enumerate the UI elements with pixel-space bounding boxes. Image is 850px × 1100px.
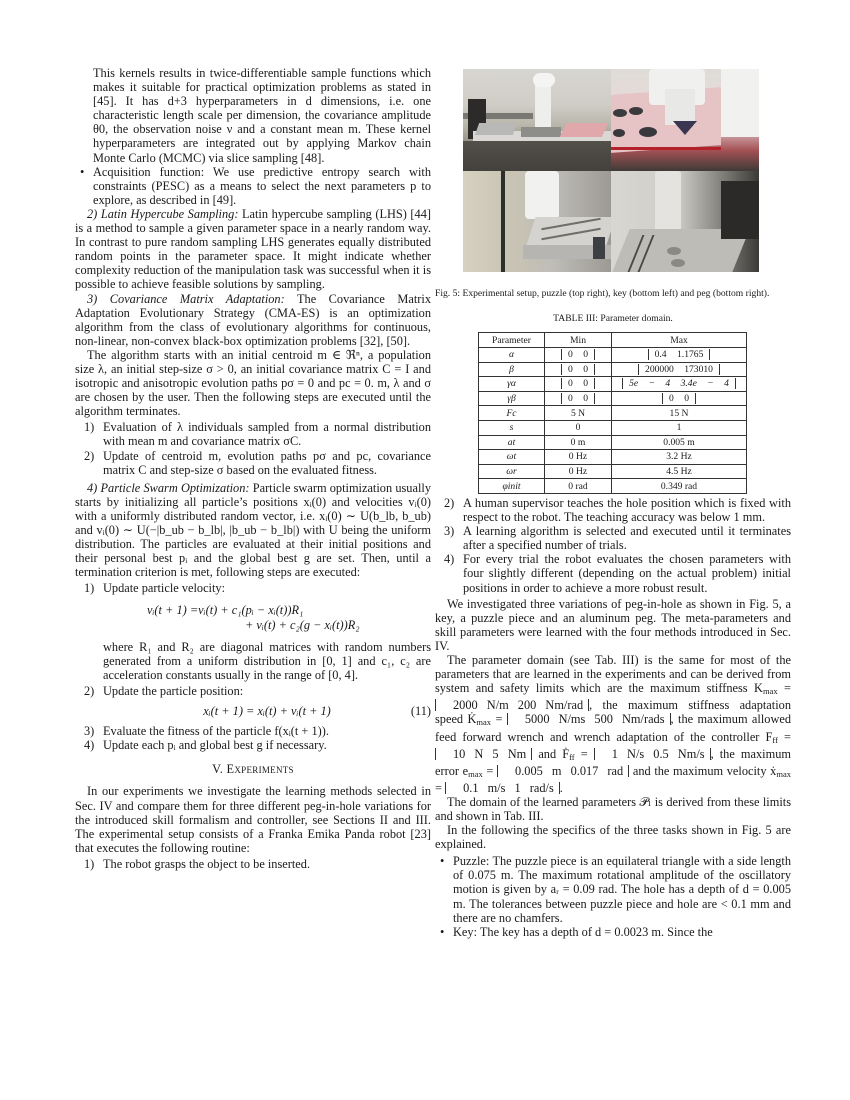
right-column: 2)A human supervisor teaches the hole po…: [435, 496, 791, 939]
max-cell: 3.2 Hz: [612, 450, 747, 465]
max-vector: 0.4 1.1765: [648, 349, 711, 360]
table-row: φinit0 rad0.349 rad: [479, 479, 747, 494]
lhs-paragraph: 2) Latin Hypercube Sampling: Latin hyper…: [75, 207, 431, 292]
domain-text-6: and the maximum velocity ẋ: [629, 764, 776, 778]
step-text: Evaluate the fitness of the particle f(x…: [103, 724, 329, 738]
step-text: A learning algorithm is selected and exe…: [463, 524, 791, 552]
pso-step-1: 1)Update particle velocity:: [75, 581, 431, 595]
routine-step-3: 3)A learning algorithm is selected and e…: [435, 524, 791, 552]
kmax-value: 2000 N/m 200 Nm/rad: [435, 699, 589, 711]
table-row: α0 00.4 1.1765: [479, 348, 747, 363]
max-cell: 0 0: [612, 391, 747, 406]
max-cell: 1: [612, 420, 747, 435]
table-header-row: Parameter Min Max: [479, 333, 747, 348]
equation-line-1: vᵢ(t + 1) =vᵢ(t) + c₁(pᵢ − xᵢ(t))R₁: [103, 603, 431, 617]
cma-paragraph: 3) Covariance Matrix Adaptation: The Cov…: [75, 292, 431, 348]
min-cell: 0 m: [545, 435, 612, 450]
step-text: Update each pᵢ and global best g if nece…: [103, 738, 327, 752]
routine-steps-list-continued: 2)A human supervisor teaches the hole po…: [435, 496, 791, 595]
lhs-heading: 2) Latin Hypercube Sampling:: [87, 207, 238, 221]
parameter-domain-paragraph: The parameter domain (see Tab. III) is t…: [435, 653, 791, 795]
left-column: This kernels results in twice-differenti…: [75, 66, 431, 873]
experiments-intro: In our experiments we investigate the le…: [75, 784, 431, 854]
ffdot-value: 1 N/s 0.5 Nm/s: [594, 748, 711, 760]
pso-step-3: 3)Evaluate the fitness of the particle f…: [75, 724, 431, 738]
velocity-update-equation: vᵢ(t + 1) =vᵢ(t) + c₁(pᵢ − xᵢ(t))R₁ + vᵢ…: [103, 603, 431, 631]
xdot-max-value: 0.1 m/s 1 rad/s: [445, 782, 560, 794]
max-vector: 5e − 4 3.4e − 4: [622, 378, 736, 389]
bullet-acquisition-function: Acquisition function: We use predictive …: [75, 165, 431, 207]
bullet-puzzle: Puzzle: The puzzle piece is an equilater…: [435, 854, 791, 924]
step-text: Update particle velocity:: [103, 581, 225, 595]
equation-number: (11): [411, 704, 431, 718]
step-number: 1): [84, 420, 94, 434]
min-vector: 0 0: [561, 378, 595, 389]
table-caption: TABLE III: Parameter domain.: [435, 313, 791, 324]
variations-paragraph: We investigated three variations of peg-…: [435, 597, 791, 653]
learned-domain-paragraph: The domain of the learned parameters 𝒫ₗ …: [435, 795, 791, 823]
param-cell: φinit: [479, 479, 545, 494]
photo-key: [463, 171, 611, 272]
header-parameter: Parameter: [479, 333, 545, 348]
param-cell: ωt: [479, 450, 545, 465]
step-number: 3): [84, 724, 94, 738]
param-cell: γα: [479, 377, 545, 392]
routine-step-1: 1)The robot grasps the object to be inse…: [75, 857, 431, 871]
table-row: at0 m0.005 m: [479, 435, 747, 450]
tasks-bullet-list: Puzzle: The puzzle piece is an equilater…: [435, 854, 791, 939]
min-vector: 0 0: [561, 349, 595, 360]
emax-value: 0.005 m 0.017 rad: [497, 765, 629, 777]
position-update-equation: xᵢ(t + 1) = xᵢ(t) + vᵢ(t + 1) (11): [103, 704, 431, 718]
max-cell: 200000 173010: [612, 362, 747, 377]
max-cell: 15 N: [612, 406, 747, 421]
min-cell: 0 0: [545, 377, 612, 392]
min-cell: 0 0: [545, 362, 612, 377]
min-cell: 0 0: [545, 391, 612, 406]
param-cell: γβ: [479, 391, 545, 406]
equation-line-2: + vᵢ(t) + c₂(g − xᵢ(t))R₂: [103, 618, 431, 632]
figure-caption: Fig. 5: Experimental setup, puzzle (top …: [435, 288, 791, 299]
kdot-max-value: 5000 N/ms 500 Nm/rads: [507, 713, 671, 725]
param-cell: at: [479, 435, 545, 450]
cma-step-2: 2)Update of centroid m, evolution paths …: [75, 449, 431, 477]
min-cell: 0 Hz: [545, 450, 612, 465]
table-row: ωt0 Hz3.2 Hz: [479, 450, 747, 465]
bullet-key: Key: The key has a depth of d = 0.0023 m…: [435, 925, 791, 939]
pso-steps-list: 1)Update particle velocity:: [75, 581, 431, 595]
photo-puzzle: [611, 69, 759, 171]
equation-11: xᵢ(t + 1) = xᵢ(t) + vᵢ(t + 1): [203, 704, 331, 718]
max-cell: 5e − 4 3.4e − 4: [612, 377, 747, 392]
table-row: ωr0 Hz4.5 Hz: [479, 464, 747, 479]
table-row: β0 0200000 173010: [479, 362, 747, 377]
table-row: γβ0 00 0: [479, 391, 747, 406]
routine-step-2: 2)A human supervisor teaches the hole po…: [435, 496, 791, 524]
min-cell: 0 0: [545, 348, 612, 363]
step-number: 4): [84, 738, 94, 752]
photo-setup-overview: [463, 69, 611, 171]
cma-algorithm-paragraph: The algorithm starts with an initial cen…: [75, 348, 431, 418]
pso-paragraph: 4) Particle Swarm Optimization: Particle…: [75, 481, 431, 580]
domain-text-4: and Ḟ: [532, 747, 569, 761]
step-number: 4): [444, 552, 454, 566]
param-cell: Fc: [479, 406, 545, 421]
table-row: γα0 05e − 4 3.4e − 4: [479, 377, 747, 392]
max-vector: 200000 173010: [638, 364, 720, 375]
min-cell: 0: [545, 420, 612, 435]
pso-step-2: 2)Update the particle position:: [75, 684, 431, 698]
max-cell: 0.4 1.1765: [612, 348, 747, 363]
max-cell: 0.005 m: [612, 435, 747, 450]
pso-text: Particle swarm optimization usually star…: [75, 481, 431, 580]
step-text: The robot grasps the object to be insert…: [103, 857, 310, 871]
step-text: Update the particle position:: [103, 684, 243, 698]
min-vector: 0 0: [561, 364, 595, 375]
min-cell: 0 rad: [545, 479, 612, 494]
tasks-intro-paragraph: In the following the specifics of the th…: [435, 823, 791, 851]
min-cell: 5 N: [545, 406, 612, 421]
cma-step-1: 1)Evaluation of λ individuals sampled fr…: [75, 420, 431, 448]
pso-steps-list-2: 2)Update the particle position:: [75, 684, 431, 698]
header-max: Max: [612, 333, 747, 348]
section-title-experiments: V. Experiments: [75, 762, 431, 776]
ff-value: 10 N 5 Nm: [435, 748, 532, 760]
pso-step-4: 4)Update each pᵢ and global best g if ne…: [75, 738, 431, 752]
figure-5-photos: [463, 69, 759, 272]
pso-heading: 4) Particle Swarm Optimization:: [87, 481, 250, 495]
step-text: Update of centroid m, evolution paths pσ…: [103, 449, 431, 477]
routine-steps-list: 1)The robot grasps the object to be inse…: [75, 857, 431, 871]
step-text: A human supervisor teaches the hole posi…: [463, 496, 791, 524]
step-text: Evaluation of λ individuals sampled from…: [103, 420, 431, 448]
step-number: 1): [84, 857, 94, 871]
step-number: 2): [84, 684, 94, 698]
parameter-domain-table: Parameter Min Max α0 00.4 1.1765 β0 0200…: [478, 332, 747, 494]
cma-steps-list: 1)Evaluation of λ individuals sampled fr…: [75, 420, 431, 476]
step-number: 2): [444, 496, 454, 510]
domain-text-1: The parameter domain (see Tab. III) is t…: [435, 653, 791, 695]
max-cell: 0.349 rad: [612, 479, 747, 494]
cma-heading: 3) Covariance Matrix Adaptation:: [87, 292, 285, 306]
param-cell: β: [479, 362, 545, 377]
step-number: 1): [84, 581, 94, 595]
photo-peg: [611, 171, 759, 272]
header-min: Min: [545, 333, 612, 348]
step-number: 2): [84, 449, 94, 463]
table-row: Fc5 N15 N: [479, 406, 747, 421]
param-cell: s: [479, 420, 545, 435]
kernel-paragraph: This kernels results in twice-differenti…: [75, 66, 431, 165]
max-cell: 4.5 Hz: [612, 464, 747, 479]
param-cell: ωr: [479, 464, 545, 479]
param-cell: α: [479, 348, 545, 363]
pso-steps-list-3: 3)Evaluate the fitness of the particle f…: [75, 724, 431, 752]
routine-step-4: 4)For every trial the robot evaluates th…: [435, 552, 791, 594]
table-row: s01: [479, 420, 747, 435]
min-vector: 0 0: [561, 393, 595, 404]
bullet-list-acquisition: Acquisition function: We use predictive …: [75, 165, 431, 207]
max-vector: 0 0: [662, 393, 696, 404]
step-text: For every trial the robot evaluates the …: [463, 552, 791, 594]
pso-where-text: where R₁ and R₂ are diagonal matrices wi…: [75, 640, 431, 682]
step-number: 3): [444, 524, 454, 538]
min-cell: 0 Hz: [545, 464, 612, 479]
